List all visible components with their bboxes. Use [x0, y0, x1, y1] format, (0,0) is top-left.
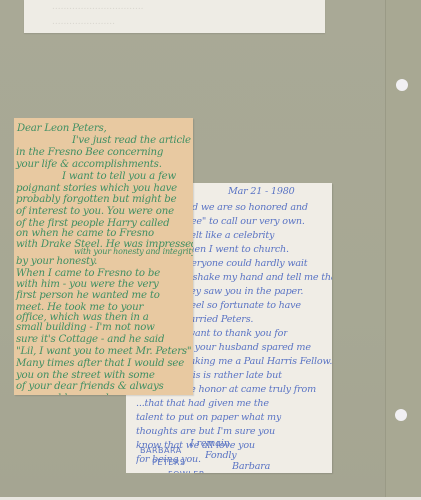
handwritten-line: Many times after that I would see [16, 358, 184, 369]
handwritten-line: your life & accomplishments. [16, 159, 162, 170]
clipping-ghost-line: ................................ [52, 2, 144, 12]
handwritten-line: I've just read the article [72, 135, 191, 146]
handwritten-line: I want to tell you a few [62, 171, 176, 182]
handwritten-line: in the Fresno Bee concerning [16, 147, 163, 158]
handwritten-line: of interest to you. You were one [16, 206, 174, 217]
handwritten-line: thoughts are but I'm sure you [136, 426, 275, 437]
handwritten-line: talent to put on paper what my [136, 412, 281, 423]
handwritten-line: sure it's Cottage - and he said [16, 334, 164, 345]
handwritten-line: When I came to Fresno to be [16, 268, 160, 279]
handwritten-line: I remain [190, 438, 230, 449]
binding-strip [385, 0, 421, 497]
green-ink-letter: Dear Leon Peters,I've just read the arti… [14, 118, 193, 395]
handwritten-line: ...to shake my hand and tell me that [172, 272, 340, 283]
letter-date: Mar 21 - 1980 [228, 186, 295, 197]
handwritten-line: first person he wanted me to [16, 290, 160, 301]
handwritten-line: with him - you were the very [16, 279, 159, 290]
handwritten-line: by your honesty. [16, 256, 97, 267]
printed-name-annotation: BARBARA [140, 446, 182, 455]
handwritten-line: of your dear friends & always [16, 381, 164, 392]
top-clipping: ................................ .......… [24, 0, 325, 33]
binding-hole-bottom [395, 409, 407, 421]
handwritten-line: you on the street with some [16, 370, 155, 381]
handwritten-line: poignant stories which you have [16, 183, 177, 194]
handwritten-line: probably forgotten but might be [16, 194, 176, 205]
handwritten-line: ...that that had given me the [136, 398, 269, 409]
handwritten-line: "Lil, I want you to meet Mr. Peters" [16, 346, 191, 357]
handwritten-line: ...the honor at came truly from [172, 384, 316, 395]
handwritten-line: Dear Leon Peters, [17, 123, 107, 134]
clipping-ghost-line: ...................... [52, 17, 115, 27]
handwritten-line: ...making me a Paul Harris Fellow. [172, 356, 332, 367]
handwritten-line: Fondly [205, 450, 237, 461]
binding-hole-top [396, 79, 408, 91]
handwritten-line: you would remember me [16, 393, 141, 395]
scrapbook-page: ................................ .......… [0, 0, 421, 497]
printed-name-annotation: FOWLER [168, 470, 205, 479]
printed-name-annotation: PETERS [152, 458, 185, 467]
handwritten-line: small building - I'm not now [16, 322, 155, 333]
handwritten-line: Barbara [232, 461, 270, 472]
